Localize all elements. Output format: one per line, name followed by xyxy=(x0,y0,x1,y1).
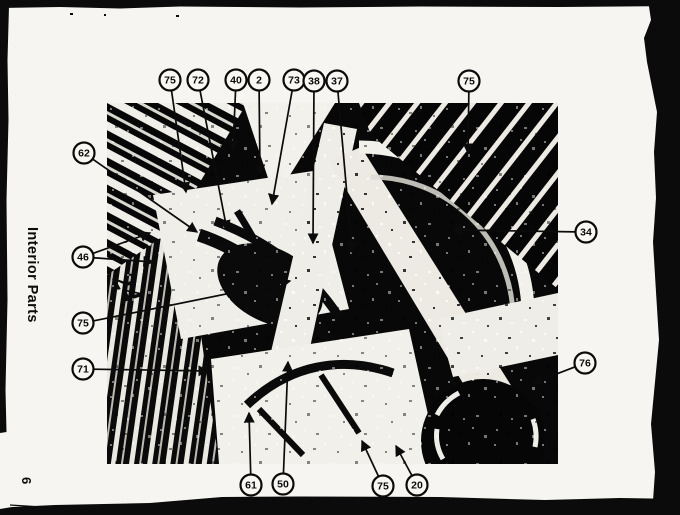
leader-line-75 xyxy=(362,441,379,476)
leader-line-75 xyxy=(171,90,186,192)
leader-line-61 xyxy=(249,413,251,475)
svg-text:72: 72 xyxy=(192,75,204,87)
svg-text:37: 37 xyxy=(331,76,343,88)
leader-line-38 xyxy=(313,91,314,243)
svg-text:71: 71 xyxy=(77,364,89,376)
leader-line-71 xyxy=(93,369,208,371)
callout-2: 2 xyxy=(249,70,270,91)
svg-text:62: 62 xyxy=(78,148,90,160)
svg-text:75: 75 xyxy=(377,481,389,493)
callout-62: 62 xyxy=(74,143,95,164)
leader-line-62 xyxy=(93,159,197,232)
callout-34: 34 xyxy=(576,222,597,243)
callout-46: 46 xyxy=(73,247,94,268)
svg-text:20: 20 xyxy=(411,480,423,492)
leader-line-46 xyxy=(93,258,153,262)
svg-text:40: 40 xyxy=(230,75,242,87)
svg-text:75: 75 xyxy=(77,318,89,330)
leader-line-2 xyxy=(259,90,260,174)
callout-75: 75 xyxy=(459,71,480,92)
leader-line-72 xyxy=(200,90,227,230)
svg-text:61: 61 xyxy=(245,480,257,492)
leader-line-40 xyxy=(233,90,236,150)
callout-61: 61 xyxy=(241,475,262,496)
svg-text:75: 75 xyxy=(463,76,475,88)
leader-line-76 xyxy=(533,367,575,383)
scanned-page: Interior Parts 6 xyxy=(0,0,680,515)
svg-text:73: 73 xyxy=(288,75,300,87)
leader-line-20 xyxy=(396,446,412,476)
callout-75: 75 xyxy=(73,313,94,334)
callout-73: 73 xyxy=(284,70,305,91)
callout-75: 75 xyxy=(373,476,394,497)
svg-text:75: 75 xyxy=(164,75,176,87)
svg-text:38: 38 xyxy=(308,76,320,88)
leader-line-34 xyxy=(453,230,576,232)
svg-text:50: 50 xyxy=(277,479,289,491)
svg-text:2: 2 xyxy=(256,75,262,87)
leader-line-73 xyxy=(272,90,292,204)
callout-layer: 75724027338377562467571347661507520 xyxy=(0,0,680,515)
leader-line-50 xyxy=(283,362,288,474)
callout-75: 75 xyxy=(160,70,181,91)
leader-line-46 xyxy=(93,233,150,253)
callout-50: 50 xyxy=(273,474,294,495)
callout-72: 72 xyxy=(188,70,209,91)
svg-text:46: 46 xyxy=(77,252,89,264)
callout-76: 76 xyxy=(575,353,596,374)
leader-line-75 xyxy=(468,91,469,153)
callout-71: 71 xyxy=(73,359,94,380)
callout-38: 38 xyxy=(304,71,325,92)
leader-line-37 xyxy=(338,91,352,252)
svg-text:34: 34 xyxy=(580,227,592,239)
callout-20: 20 xyxy=(407,475,428,496)
callout-40: 40 xyxy=(226,70,247,91)
leader-line-75 xyxy=(93,281,290,321)
svg-text:76: 76 xyxy=(579,358,591,370)
callout-37: 37 xyxy=(327,71,348,92)
